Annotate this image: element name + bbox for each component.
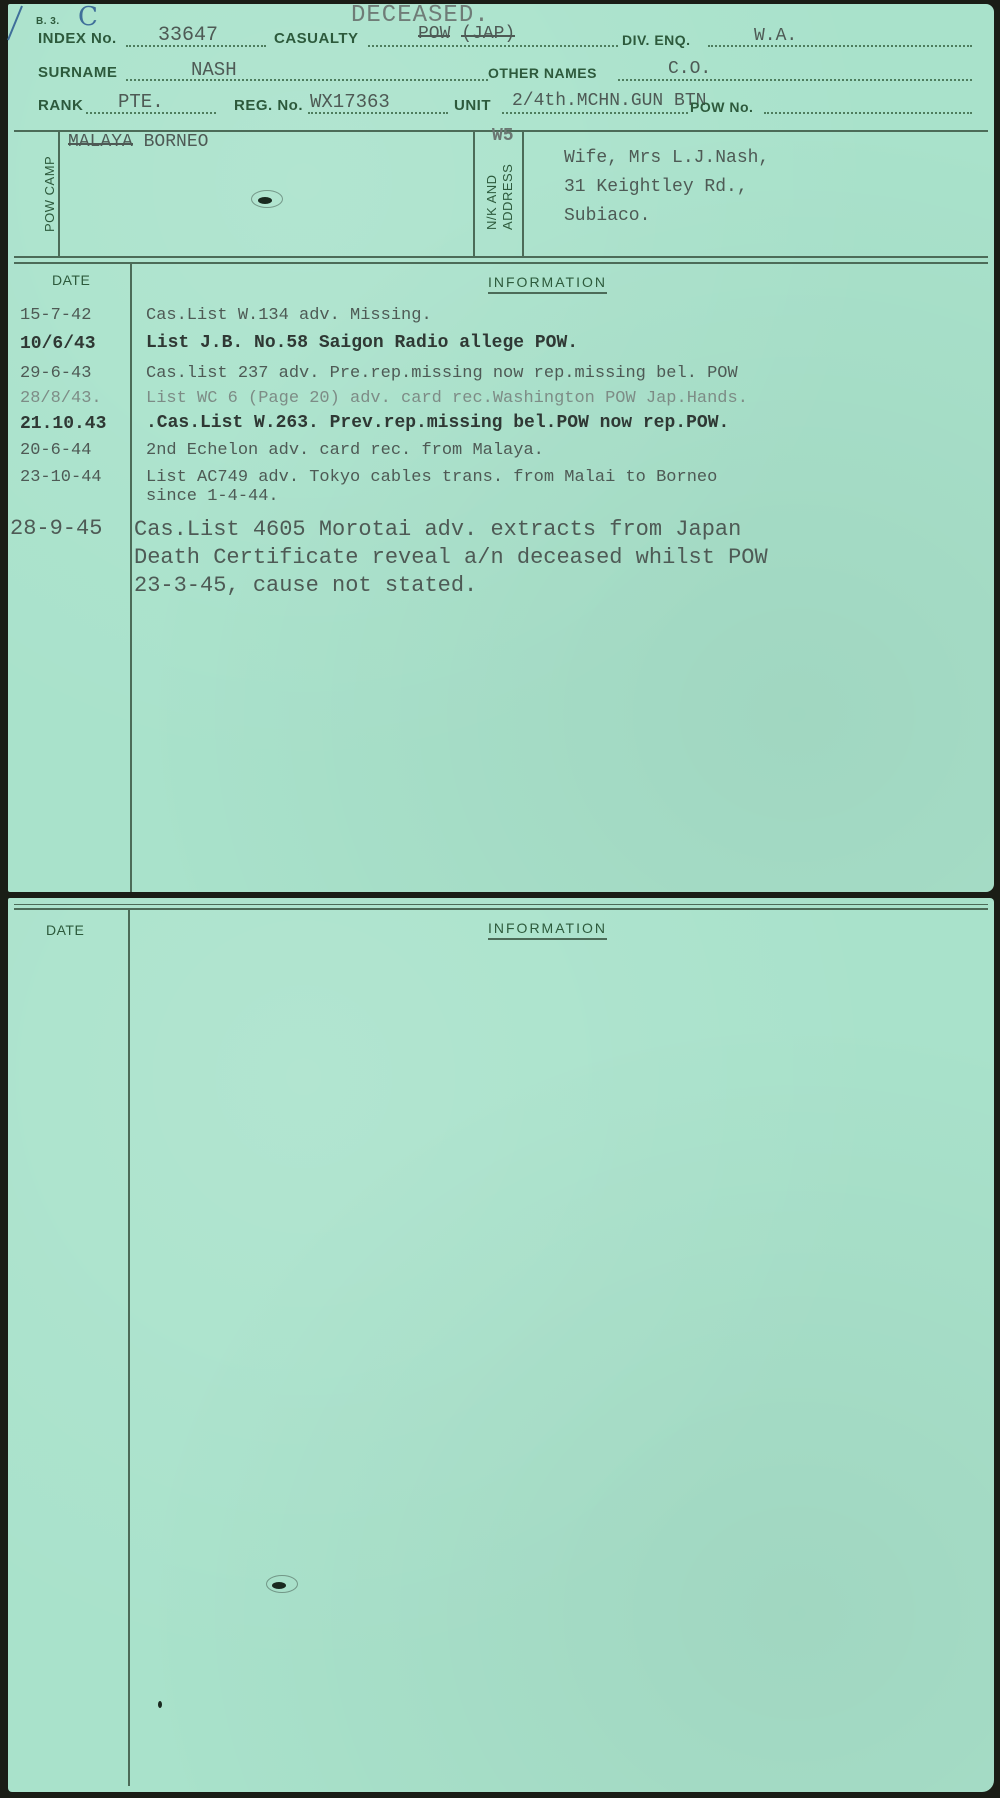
unit-value: 2/4th.MCHN.GUN BTN bbox=[512, 91, 706, 111]
table-row: 2nd Echelon adv. card rec. from Malaya. bbox=[146, 441, 544, 460]
table-row: .Cas.List W.263. Prev.rep.missing bel.PO… bbox=[146, 414, 729, 433]
casualty-label: CASUALTY bbox=[274, 30, 359, 47]
table-row: List J.B. No.58 Saigon Radio allege POW. bbox=[146, 334, 578, 353]
nk-address-line: 31 Keightley Rd., bbox=[564, 173, 769, 202]
table-date: 28-9-45 bbox=[10, 516, 102, 541]
record-card-back: DATE INFORMATION bbox=[8, 898, 994, 1792]
date-header: DATE bbox=[52, 272, 90, 288]
nk-address: Wife, Mrs L.J.Nash, 31 Keightley Rd., Su… bbox=[564, 144, 769, 231]
nk-address-label: N/K AND ADDRESS bbox=[484, 164, 516, 230]
table-info-line: List AC749 adv. Tokyo cables trans. from… bbox=[146, 468, 717, 487]
table-date: 21.10.43 bbox=[20, 414, 106, 434]
table-date: 28/8/43. bbox=[20, 389, 102, 408]
pow-camp-struck: MALAYA bbox=[68, 132, 133, 152]
information-header: INFORMATION bbox=[488, 274, 607, 294]
table-row: Cas.List 4605 Morotai adv. extracts from… bbox=[134, 516, 768, 600]
table-info-line: .Cas.List W.263. Prev.rep.missing bel.PO… bbox=[146, 414, 729, 433]
nk-code: W5 bbox=[492, 126, 514, 146]
index-value: 33647 bbox=[158, 24, 218, 47]
table-info-line: 2nd Echelon adv. card rec. from Malaya. bbox=[146, 441, 544, 460]
index-label: INDEX No. bbox=[38, 30, 117, 47]
table-date: 20-6-44 bbox=[20, 441, 91, 460]
rank-value: PTE. bbox=[118, 91, 164, 113]
other-names-value: C.O. bbox=[668, 59, 711, 79]
table-date: 23-10-44 bbox=[20, 468, 102, 487]
other-names-label: OTHER NAMES bbox=[488, 65, 597, 81]
table-info-line: Cas.list 237 adv. Pre.rep.missing now re… bbox=[146, 364, 738, 383]
reg-no-value: WX17363 bbox=[310, 91, 390, 113]
table-row: Cas.list 237 adv. Pre.rep.missing now re… bbox=[146, 364, 738, 383]
record-card-front: B. 3. C DECEASED. INDEX No. 33647 CASUAL… bbox=[8, 4, 994, 892]
reg-no-label: REG. No. bbox=[234, 97, 303, 114]
table-date: 10/6/43 bbox=[20, 334, 96, 354]
table-date: 29-6-43 bbox=[20, 364, 91, 383]
back-information-header: INFORMATION bbox=[488, 920, 607, 940]
pow-camp-value: BORNEO bbox=[144, 132, 209, 152]
div-enq-label: DIV. ENQ. bbox=[622, 32, 691, 48]
nk-address-line: Wife, Mrs L.J.Nash, bbox=[564, 144, 769, 173]
pow-camp-label: POW CAMP bbox=[42, 156, 57, 232]
rank-label: RANK bbox=[38, 97, 83, 114]
table-info-line: 23-3-45, cause not stated. bbox=[134, 572, 768, 600]
surname-value: NASH bbox=[191, 59, 237, 81]
casualty-value-paren-struck: (JAP) bbox=[461, 24, 515, 44]
table-info-line: List WC 6 (Page 20) adv. card rec.Washin… bbox=[146, 389, 748, 408]
div-enq-value: W.A. bbox=[754, 26, 797, 46]
surname-label: SURNAME bbox=[38, 64, 117, 81]
pow-no-label: POW No. bbox=[690, 99, 753, 115]
table-info-line: since 1-4-44. bbox=[146, 487, 717, 506]
back-date-header: DATE bbox=[46, 922, 84, 938]
table-info-line: Cas.List 4605 Morotai adv. extracts from… bbox=[134, 516, 768, 544]
casualty-value-struck: POW bbox=[418, 24, 450, 44]
handwritten-mark: C bbox=[78, 2, 98, 32]
unit-label: UNIT bbox=[454, 97, 491, 114]
nk-address-line: Subiaco. bbox=[564, 202, 769, 231]
table-row: List WC 6 (Page 20) adv. card rec.Washin… bbox=[146, 389, 748, 408]
table-row: Cas.List W.134 adv. Missing. bbox=[146, 306, 432, 325]
form-code: B. 3. bbox=[36, 16, 60, 27]
table-info-line: List J.B. No.58 Saigon Radio allege POW. bbox=[146, 334, 578, 353]
table-row: List AC749 adv. Tokyo cables trans. from… bbox=[146, 468, 717, 506]
table-info-line: Death Certificate reveal a/n deceased wh… bbox=[134, 544, 768, 572]
table-date: 15-7-42 bbox=[20, 306, 91, 325]
table-info-line: Cas.List W.134 adv. Missing. bbox=[146, 306, 432, 325]
